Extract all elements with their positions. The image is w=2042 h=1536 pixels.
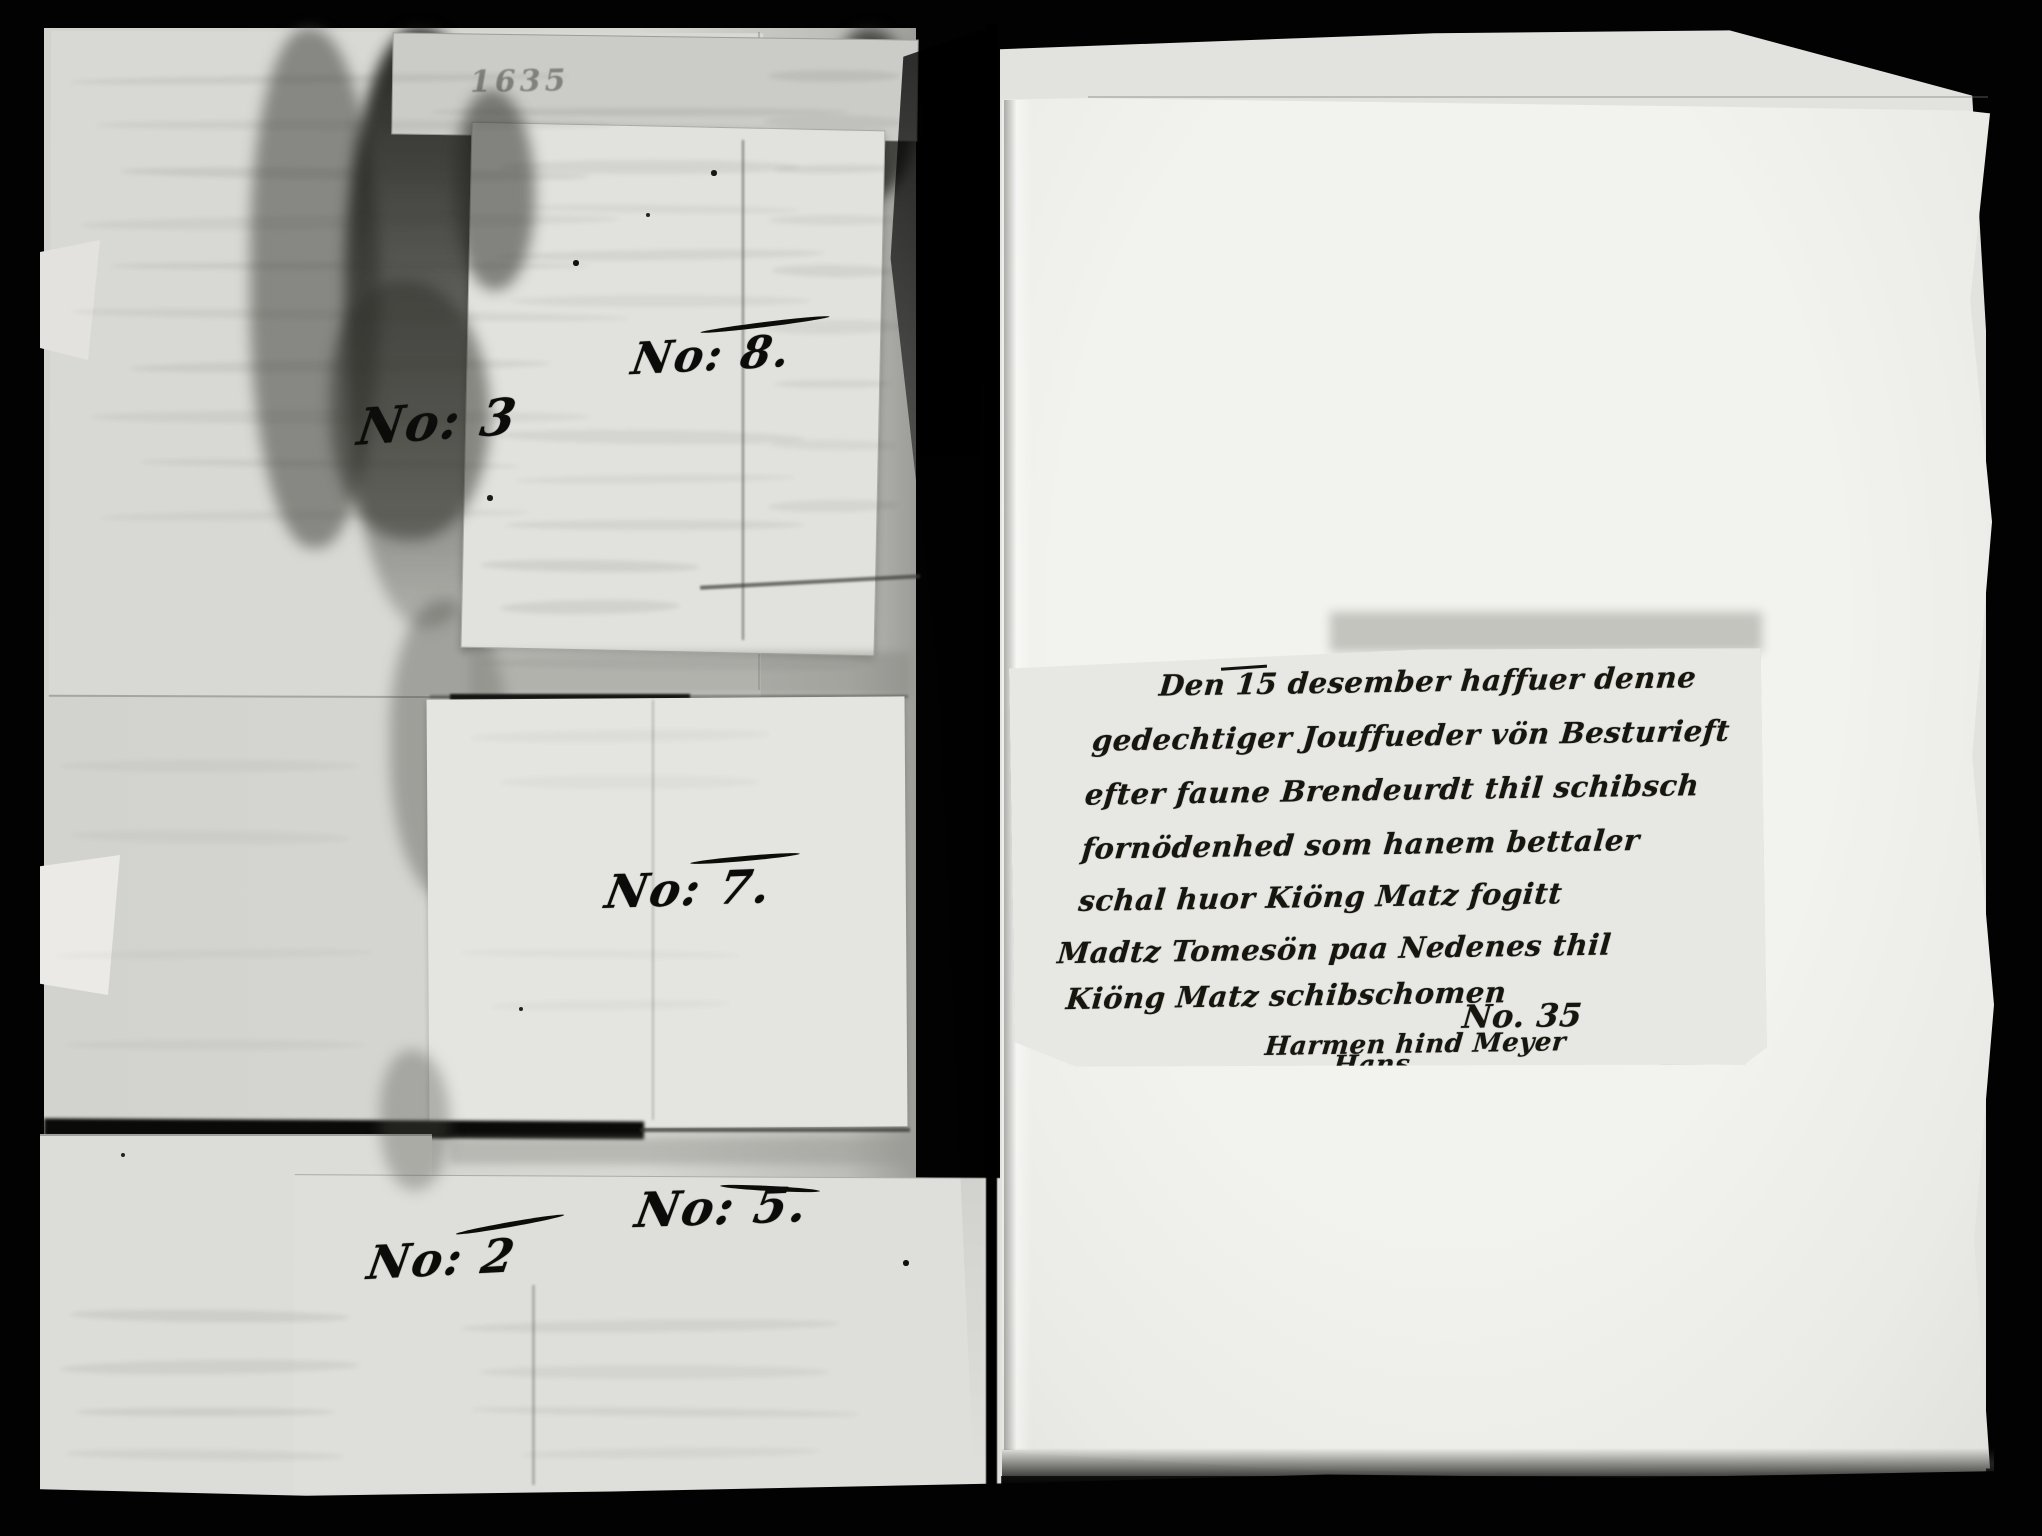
note-line: Kiöng Matz schibschomen [1065, 978, 1508, 1014]
note-shadow [1330, 612, 1762, 652]
paper-fold-corner [40, 855, 120, 995]
ink-specks [0, 0, 2, 2]
paper-edge [640, 1128, 910, 1132]
slip-label-no2: No: 2 [367, 1228, 517, 1290]
receipt-note: Den 15 desember haffuer denne gedechtige… [1009, 644, 1768, 1076]
note-line: fornödenhed som hanem bettaler [1080, 826, 1640, 864]
note-line: schal huor Kiöng Matz fogitt [1077, 879, 1563, 916]
manuscript-scan: 1635 No: 3 No: 8. No: 7. No: 5. No: 2 De… [0, 0, 2042, 1536]
slip-crease [742, 140, 744, 640]
note-signature: Harmen hind Meyer [1264, 1029, 1567, 1060]
note-line: Madtz Tomesön paa Nedenes thil [1056, 930, 1612, 968]
paper-edge-shadow [450, 1138, 910, 1164]
right-page-top-edge [1088, 96, 1988, 98]
paper-edge-shadow [470, 652, 910, 696]
book-gutter [986, 24, 997, 1498]
note-line: gedechtiger Jouffueder vön Besturieft [1091, 717, 1731, 756]
note-line: efter faune Brendeurdt thil schibsch [1084, 771, 1701, 810]
slip-label-no7: No: 7. [605, 859, 773, 919]
slip-label-no8: No: 8. [631, 326, 793, 385]
ink-stain [380, 1050, 450, 1190]
